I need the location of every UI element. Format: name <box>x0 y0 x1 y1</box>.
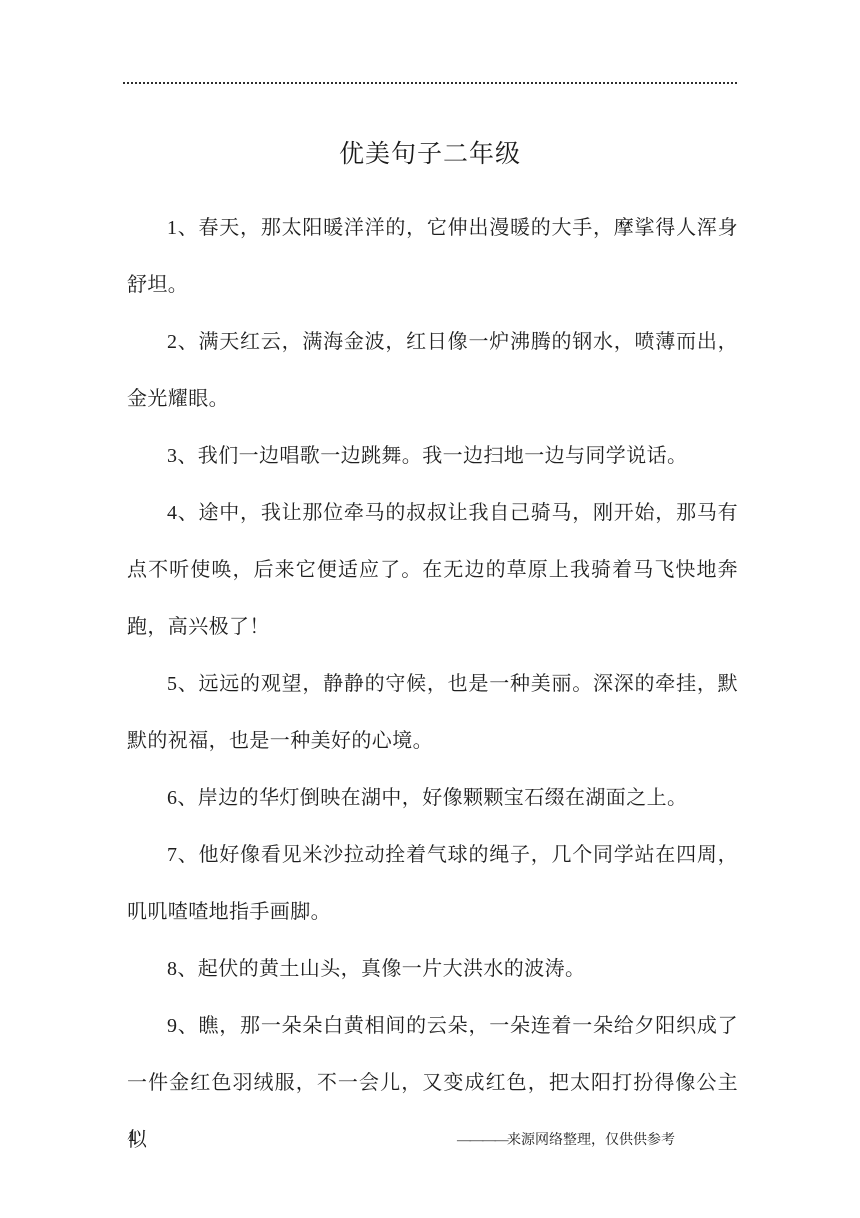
page-number: 1 <box>128 1128 136 1145</box>
footer-source-text: 来源网络整理，仅供供参考 <box>507 1133 675 1148</box>
paragraph: 4、途中，我让那位牵马的叔叔让我自己骑马，刚开始，那马有点不听使唤，后来它便适应… <box>127 485 738 656</box>
paragraph: 6、岸边的华灯倒映在湖中，好像颗颗宝石缀在湖面之上。 <box>127 770 738 827</box>
paragraph: 1、春天，那太阳暖洋洋的，它伸出漫暖的大手，摩挲得人浑身舒坦。 <box>127 200 738 314</box>
page-title: 优美句子二年级 <box>0 134 860 170</box>
document-body: 1、春天，那太阳暖洋洋的，它伸出漫暖的大手，摩挲得人浑身舒坦。2、满天红云，满海… <box>127 200 738 1169</box>
paragraph: 8、起伏的黄土山头，真像一片大洪水的波涛。 <box>127 941 738 998</box>
paragraph: 7、他好像看见米沙拉动拴着气球的绳子，几个同学站在四周，叽叽喳喳地指手画脚。 <box>127 827 738 941</box>
top-dotted-rule <box>123 82 737 84</box>
document-page: 优美句子二年级 1、春天，那太阳暖洋洋的，它伸出漫暖的大手，摩挲得人浑身舒坦。2… <box>0 0 860 1218</box>
paragraph: 2、满天红云，满海金波，红日像一炉沸腾的钢水，喷薄而出，金光耀眼。 <box>127 314 738 428</box>
footer-source: ————来源网络整理，仅供供参考 <box>457 1129 675 1149</box>
paragraph: 5、远远的观望，静静的守候，也是一种美丽。深深的牵挂，默默的祝福，也是一种美好的… <box>127 656 738 770</box>
paragraph: 3、我们一边唱歌一边跳舞。我一边扫地一边与同学说话。 <box>127 428 738 485</box>
footer-dash: ———— <box>457 1133 507 1148</box>
